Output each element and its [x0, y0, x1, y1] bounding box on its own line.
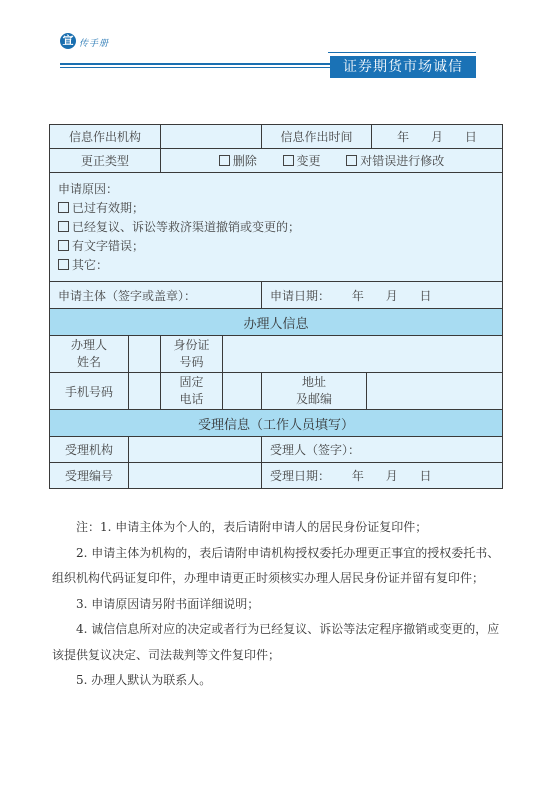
- note-2: 2. 申请主体为机构的，表后请附申请机构授权委托办理更正事宜的授权委托书、组织机…: [52, 541, 502, 592]
- applicant-signature-field[interactable]: 申请主体（签字或盖章）：: [50, 282, 262, 309]
- year-label: 年: [397, 130, 409, 144]
- info-time-label: 信息作出时间: [262, 125, 372, 149]
- landline-field[interactable]: [223, 373, 262, 410]
- handler-section-header: 办理人信息: [50, 309, 503, 336]
- form-row-handler-name: 办理人姓名 身份证号码: [50, 336, 503, 373]
- acceptance-number-field[interactable]: [129, 463, 262, 489]
- note-4: 4. 诚信信息所对应的决定或者行为已经复议、诉讼等法定程序撤销或变更的，应该提供…: [52, 617, 502, 668]
- note-3: 3. 申请原因请另附书面详细说明；: [52, 592, 502, 618]
- month-label: 月: [386, 469, 398, 483]
- year-label: 年: [352, 469, 364, 483]
- brochure-logo: 宣 传手册: [60, 33, 109, 49]
- reason-cell: 申请原因： 已过有效期； 已经复议、诉讼等救济渠道撤销或变更的； 有文字错误； …: [50, 173, 503, 282]
- reason-other-label: 其它：: [72, 258, 108, 272]
- checkbox-delete[interactable]: [219, 155, 230, 166]
- day-label: 日: [420, 289, 432, 303]
- mobile-field[interactable]: [129, 373, 161, 410]
- day-label: 日: [420, 469, 432, 483]
- reason-text-error-label: 有文字错误；: [72, 239, 144, 253]
- form-row-info-org: 信息作出机构 信息作出时间 年 月 日: [50, 125, 503, 149]
- info-org-label: 信息作出机构: [50, 125, 161, 149]
- id-number-field[interactable]: [223, 336, 503, 373]
- option-delete-label: 删除: [233, 154, 257, 168]
- logo-text: 传手册: [79, 36, 109, 49]
- info-org-field[interactable]: [161, 125, 262, 149]
- form-row-correction-type: 更正类型 删除 变更 对错误进行修改: [50, 149, 503, 173]
- year-label: 年: [352, 289, 364, 303]
- option-fix-error-label: 对错误进行修改: [360, 154, 444, 168]
- checkbox-revoked[interactable]: [58, 221, 69, 232]
- handler-name-label: 办理人姓名: [50, 336, 129, 373]
- form-row-reason: 申请原因： 已过有效期； 已经复议、诉讼等救济渠道撤销或变更的； 有文字错误； …: [50, 173, 503, 282]
- day-label: 日: [465, 130, 477, 144]
- form-row-acceptance-number: 受理编号 受理日期： 年 月 日: [50, 463, 503, 489]
- reason-expired-label: 已过有效期；: [72, 201, 144, 215]
- checkbox-text-error[interactable]: [58, 240, 69, 251]
- id-number-label: 身份证号码: [161, 336, 223, 373]
- checkbox-expired[interactable]: [58, 202, 69, 213]
- form-row-acceptance-org: 受理机构 受理人（签字）：: [50, 437, 503, 463]
- acceptance-section-title: 受理信息（工作人员填写）: [50, 410, 503, 437]
- address-field[interactable]: [367, 373, 503, 410]
- form-notes: 注：1. 申请主体为个人的，表后请附申请人的居民身份证复印件； 2. 申请主体为…: [52, 515, 502, 694]
- acceptance-date-label: 受理日期：: [270, 469, 330, 483]
- applicant-date-label: 申请日期：: [270, 289, 330, 303]
- acceptance-date-field[interactable]: 受理日期： 年 月 日: [262, 463, 503, 489]
- checkbox-fix-error[interactable]: [346, 155, 357, 166]
- reason-revoked-label: 已经复议、诉讼等救济渠道撤销或变更的；: [72, 220, 300, 234]
- note-1: 注：1. 申请主体为个人的，表后请附申请人的居民身份证复印件；: [52, 515, 502, 541]
- mobile-label: 手机号码: [50, 373, 129, 410]
- acceptance-section-header: 受理信息（工作人员填写）: [50, 410, 503, 437]
- form-row-applicant: 申请主体（签字或盖章）： 申请日期： 年 月 日: [50, 282, 503, 309]
- handler-section-title: 办理人信息: [50, 309, 503, 336]
- correction-type-label: 更正类型: [50, 149, 161, 173]
- option-change-label: 变更: [297, 154, 321, 168]
- landline-label: 固定电话: [161, 373, 223, 410]
- form-row-handler-contact: 手机号码 固定电话 地址及邮编: [50, 373, 503, 410]
- month-label: 月: [431, 130, 443, 144]
- acceptance-person-field[interactable]: 受理人（签字）：: [262, 437, 503, 463]
- correction-application-form: 信息作出机构 信息作出时间 年 月 日 更正类型 删除 变更 对错误进行修改 申…: [49, 124, 503, 489]
- page-title: 证券期货市场诚信: [330, 56, 476, 78]
- checkbox-change[interactable]: [283, 155, 294, 166]
- header-rule: [60, 67, 330, 68]
- acceptance-org-label: 受理机构: [50, 437, 129, 463]
- note-5: 5. 办理人默认为联系人。: [52, 668, 502, 694]
- correction-type-options: 删除 变更 对错误进行修改: [161, 149, 503, 173]
- acceptance-org-field[interactable]: [129, 437, 262, 463]
- header-rule: [328, 52, 476, 53]
- logo-badge-icon: 宣: [60, 33, 76, 49]
- reason-label: 申请原因：: [58, 180, 498, 199]
- header-rule: [60, 63, 330, 65]
- month-label: 月: [386, 289, 398, 303]
- applicant-date-field[interactable]: 申请日期： 年 月 日: [262, 282, 503, 309]
- acceptance-number-label: 受理编号: [50, 463, 129, 489]
- handler-name-field[interactable]: [129, 336, 161, 373]
- info-time-field[interactable]: 年 月 日: [372, 125, 503, 149]
- address-label: 地址及邮编: [262, 373, 367, 410]
- checkbox-other[interactable]: [58, 259, 69, 270]
